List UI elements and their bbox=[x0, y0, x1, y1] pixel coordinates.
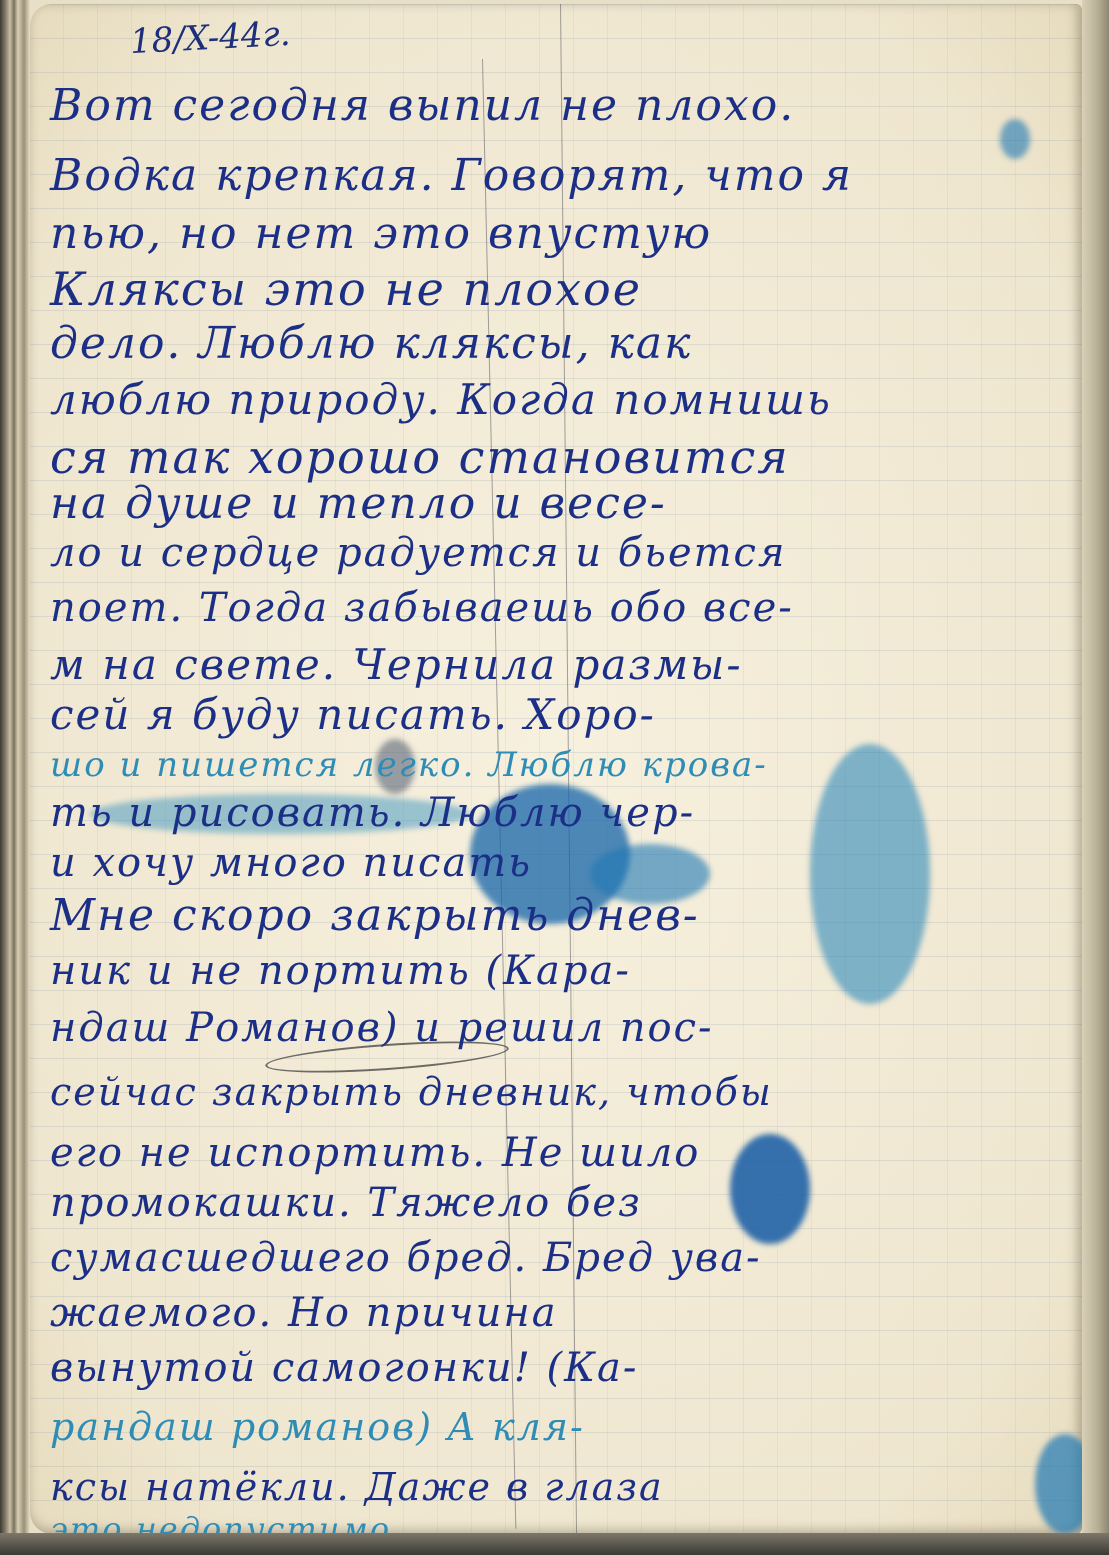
text-line: дело. Люблю кляксы, как bbox=[50, 318, 692, 369]
text-line: промокашки. Тяжело без bbox=[50, 1180, 642, 1226]
text-line: это недопустимо. bbox=[50, 1510, 403, 1534]
text-line: на душе и тепло и весе- bbox=[50, 478, 667, 529]
text-line: и хочу много писать bbox=[50, 840, 532, 886]
text-line: рандаш романов) А кля- bbox=[50, 1405, 585, 1449]
text-line: ло и сердце радуется и бьется bbox=[50, 530, 786, 576]
notebook-scan: 18/X-44г. Вот сегодня выпил не плохо.Вод… bbox=[0, 0, 1109, 1555]
text-line: ся так хорошо становится bbox=[50, 430, 790, 484]
text-line: ник и не портить (Кара- bbox=[50, 948, 631, 994]
text-line: Мне скоро закрыть днев- bbox=[50, 890, 700, 941]
handwritten-text: Вот сегодня выпил не плохо.Водка крепкая… bbox=[30, 4, 1082, 1534]
text-line: м на свете. Чернила размы- bbox=[50, 640, 743, 689]
text-line: ксы натёкли. Даже в глаза bbox=[50, 1465, 664, 1509]
text-line: его не испортить. Не шило bbox=[50, 1130, 700, 1176]
text-line: ть и рисовать. Люблю чер- bbox=[50, 790, 695, 836]
text-line: шо и пишется легко. Люблю крова- bbox=[50, 745, 768, 785]
text-line: люблю природу. Когда помнишь bbox=[50, 375, 832, 424]
text-line: сумасшедшего бред. Бред ува- bbox=[50, 1235, 762, 1281]
text-line: поет. Тогда забываешь обо все- bbox=[50, 585, 794, 631]
text-line: жаемого. Но причина bbox=[50, 1290, 558, 1336]
text-line: ндаш Романов) и решил пос- bbox=[50, 1005, 714, 1051]
text-line: Кляксы это не плохое bbox=[50, 262, 642, 316]
text-line: пью, но нет это впустую bbox=[50, 208, 712, 259]
text-line: Водка крепкая. Говорят, что я bbox=[50, 150, 853, 201]
page-edge-bottom bbox=[0, 1533, 1109, 1555]
text-line: сей я буду писать. Хоро- bbox=[50, 690, 656, 739]
text-line: сейчас закрыть дневник, чтобы bbox=[50, 1070, 773, 1114]
page-edge-right bbox=[1082, 0, 1109, 1555]
text-line: вынутой самогонки! (Ка- bbox=[50, 1345, 638, 1391]
text-line: Вот сегодня выпил не плохо. bbox=[50, 80, 795, 131]
notebook-page: 18/X-44г. Вот сегодня выпил не плохо.Вод… bbox=[30, 4, 1082, 1534]
